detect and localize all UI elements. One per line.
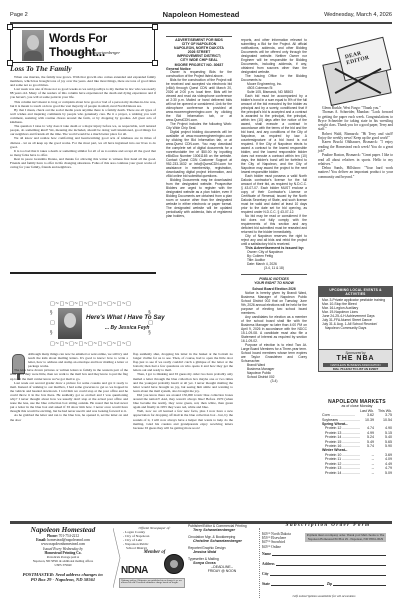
paragraph: Last week our second grader drew a pictu… <box>10 381 128 414</box>
staff-list: Publisher/Editor & Commercial Printing T… <box>188 524 260 573</box>
paragraph: Although many things can now be emailed … <box>10 352 128 368</box>
column-byline: ... By Jessica Feyh <box>105 325 149 331</box>
letter: Robert Wald, Bismarck: "Hi Terry and sta… <box>318 132 393 141</box>
name-field[interactable]: Name <box>262 552 386 556</box>
subscription-title: Subscription Order Form <box>262 524 394 528</box>
usps-number: USPS 379940 <box>10 563 116 567</box>
postmaster-address: PO Box 29 - Napoleon, ND 58561 <box>10 577 116 582</box>
letter: Karen Brucki Ohlhauser, Bismarck: "I enj… <box>318 140 393 153</box>
corner-ornament-icon <box>152 24 158 30</box>
city-field[interactable]: City <box>262 572 386 576</box>
paragraph: The question I raise is: why does it tak… <box>10 124 156 136</box>
paragraph: When one marries, the family tree grows.… <box>10 75 156 87</box>
subscription-option[interactable]: $43⁰⁰ Online <box>262 545 292 549</box>
article-body: flap suddenly shut, dropping his letter … <box>133 352 233 430</box>
paragraph: Then, I got to thinking and I'd guess my… <box>133 372 233 392</box>
field-label: State <box>262 582 270 586</box>
article-headline: Loss To The Family <box>10 64 72 73</box>
words-for-thought-banner: Words For Thought... By Editor Terry Sch… <box>10 27 155 63</box>
bid-ad-heading: ADVERTISEMENT FOR BIDS CITY OF NAPOLEON … <box>166 38 232 71</box>
staff-name: Christine Schwartzenberger <box>188 539 260 543</box>
paragraph: City of Napoleon reserves the right to r… <box>241 234 307 246</box>
corner-ornament-icon <box>7 24 13 30</box>
sponsor-name: THE NBA <box>319 355 392 363</box>
markets-rows: Corn ........................3.623.75Soy… <box>322 413 392 475</box>
events-list: Mar. 3-Private applicator pesticide trai… <box>319 297 392 331</box>
state-seal-icon <box>164 554 184 574</box>
sponsor-phone: DIAL 754-2212 TO LIST AN EVENT <box>319 367 392 371</box>
bid-ad-body: Owner is requesting Bids for the constru… <box>166 70 232 218</box>
run-dates: (3-4, 11 & 18) <box>241 266 307 270</box>
last-week-price: -- <box>360 471 374 475</box>
subscription-options: $43⁰⁰ North Dakota $53⁰⁰ Elsewhere $47⁰⁰… <box>262 532 292 549</box>
paragraph: We all know and realize how comforting a… <box>10 136 156 148</box>
masthead-title: Napoleon Homestead <box>10 526 116 534</box>
section-divider <box>166 36 232 37</box>
paragraph: flap suddenly shut, dropping his letter … <box>133 352 233 372</box>
this-week-price: 5.09 <box>374 471 392 475</box>
page-header: Page 2 Napoleon Homestead Wednesday, Mar… <box>10 10 392 21</box>
field-label: Name <box>262 552 271 556</box>
issue-date: Wednesday, March 4, 2026 <box>324 12 392 18</box>
paragraph: reports, and other information relevant … <box>241 38 307 74</box>
paragraph: Did you know there are around 150,000 ic… <box>133 393 233 409</box>
column-byline: By Editor Terry Schwartzenberger <box>61 50 120 55</box>
notices-heading: YOUR RIGHT TO KNOW <box>241 281 307 285</box>
field-label: City <box>262 572 269 576</box>
masthead: Napoleon Homestead Phone: 701-754-2212 E… <box>10 526 116 582</box>
event-item: July 31 & Aug. 1-All School Reunion/ Nap… <box>322 322 389 330</box>
paragraph: The Issuing Office for the Bidding Docum… <box>241 74 307 82</box>
paragraph: Owner is requesting Bids for the constru… <box>166 70 232 78</box>
paragraph: It is too bad that it takes a death or s… <box>10 149 156 157</box>
decorative-border: §□§ <box>50 308 55 338</box>
postmaster-line: POSTMASTER: Send address changes to: <box>10 572 116 577</box>
dear-editor-envelope-icon: DEAR EDITOR <box>318 38 393 103</box>
paragraph: The kids have drawn pictures or written … <box>10 368 128 380</box>
dotted-divider <box>259 528 260 598</box>
envelope-label: DEAR EDITOR <box>344 45 387 67</box>
subscription-form: Subscription Order Form $43⁰⁰ North Dako… <box>262 524 394 529</box>
address-field[interactable]: Address <box>262 562 386 566</box>
decorative-border: □~□~□~□~□~□~□~□~□ <box>50 341 153 347</box>
paragraph: Any candidates for election as a member … <box>241 315 307 343</box>
bid-ad-body-continued: reports, and other information relevant … <box>241 38 307 383</box>
letter: Pauline Baxton, Bismarck: "Great paper. … <box>318 153 393 166</box>
letters-to-editor: Glenn Burkle, West Fargo: "Thank you." T… <box>318 106 393 179</box>
state-zip-field[interactable]: StateZip <box>262 582 386 586</box>
corner-ornament-icon <box>152 60 158 66</box>
markets-table: NAPOLEON MARKETS as of close Monday Last… <box>322 400 392 475</box>
paragraph: Rest in peace Grandma Donna, and thanks … <box>10 157 156 169</box>
commodity-name: Protein 14 ........................ <box>322 471 360 475</box>
section-divider <box>10 272 156 274</box>
gift-note: Gift subscriptions available for all occ… <box>262 594 386 598</box>
ndna-logo: NDNA <box>121 565 148 576</box>
paragraph: This column isn't meant to brag or compl… <box>10 100 156 108</box>
official-newspaper-block: Official Newspaper of: - Logan County - … <box>123 526 186 555</box>
heres-what-banner: □~□~□~□~□~□~□~□~□ §□§ §□§ Here's What I … <box>50 301 153 347</box>
paragraph: Notice is hereby given by Brandi Ward, B… <box>241 291 307 315</box>
market-row: Protein 14 ........................--5.0… <box>322 471 392 475</box>
paragraph: Well, now we all learned a few new facts… <box>133 409 233 429</box>
decorative-border: □~□~□~□~□~□~□~□~□ <box>50 301 153 307</box>
deadline-time: FRIDAY @ NOON <box>188 569 260 573</box>
sponsor-block: Sponsored by THE NBA NAPOLEON BUSINESS A… <box>319 349 392 371</box>
paragraph: By that I mean, check out the social med… <box>10 108 156 124</box>
run-dates: (3-4) <box>241 379 307 383</box>
paragraph: Bidding Documents may be downloaded from… <box>166 178 232 218</box>
paragraph: Each bid must be accompanied by a bidder… <box>241 94 307 174</box>
field-label: Address <box>262 562 275 566</box>
paragraph: Last week was one of those not so good w… <box>10 87 156 99</box>
payment-note: Payment must accompany order. Thank you!… <box>305 533 386 542</box>
paragraph: As he grabbed the letter and ran to the … <box>10 413 128 421</box>
decorative-border: §□§ <box>148 308 153 338</box>
paragraph: Digital project bidding documents will b… <box>166 130 232 178</box>
paragraph: No bid may be read or considered if the … <box>241 214 307 234</box>
staff-name: Jessica Wald <box>188 550 260 554</box>
paragraph: Each bidder must possess a valid North D… <box>241 174 307 214</box>
paragraph: Purpose of election is to elect Two At-L… <box>241 343 307 363</box>
field-label: Zip <box>327 582 332 586</box>
editor-photo <box>22 30 44 61</box>
paragraph: Bids for the construction of the Project… <box>166 78 232 122</box>
article-body: When one marries, the family tree grows.… <box>10 75 156 169</box>
obituary-policy: Obituary policy: Obituaries are publishe… <box>119 578 185 588</box>
column-title: Here's What I Have To Say <box>86 314 165 321</box>
upcoming-events-box: UPCOMING LOCAL EVENTS & ACTIVITIES Mar. … <box>318 286 393 372</box>
article-body: Although many things can now be emailed … <box>10 352 128 422</box>
columnist-photo <box>58 308 82 339</box>
events-heading: UPCOMING LOCAL EVENTS & ACTIVITIES <box>319 287 392 297</box>
paragraph: The Project includes the following Work:… <box>166 122 232 130</box>
header-rule <box>10 22 392 24</box>
letter: Debra Sands, Hillsboro: "Your hard work … <box>318 166 393 179</box>
letter: Thomas A. Schneider, Mandan: "Look forwa… <box>318 110 393 131</box>
staff-name: Terry Schwartzenberger <box>188 528 260 532</box>
